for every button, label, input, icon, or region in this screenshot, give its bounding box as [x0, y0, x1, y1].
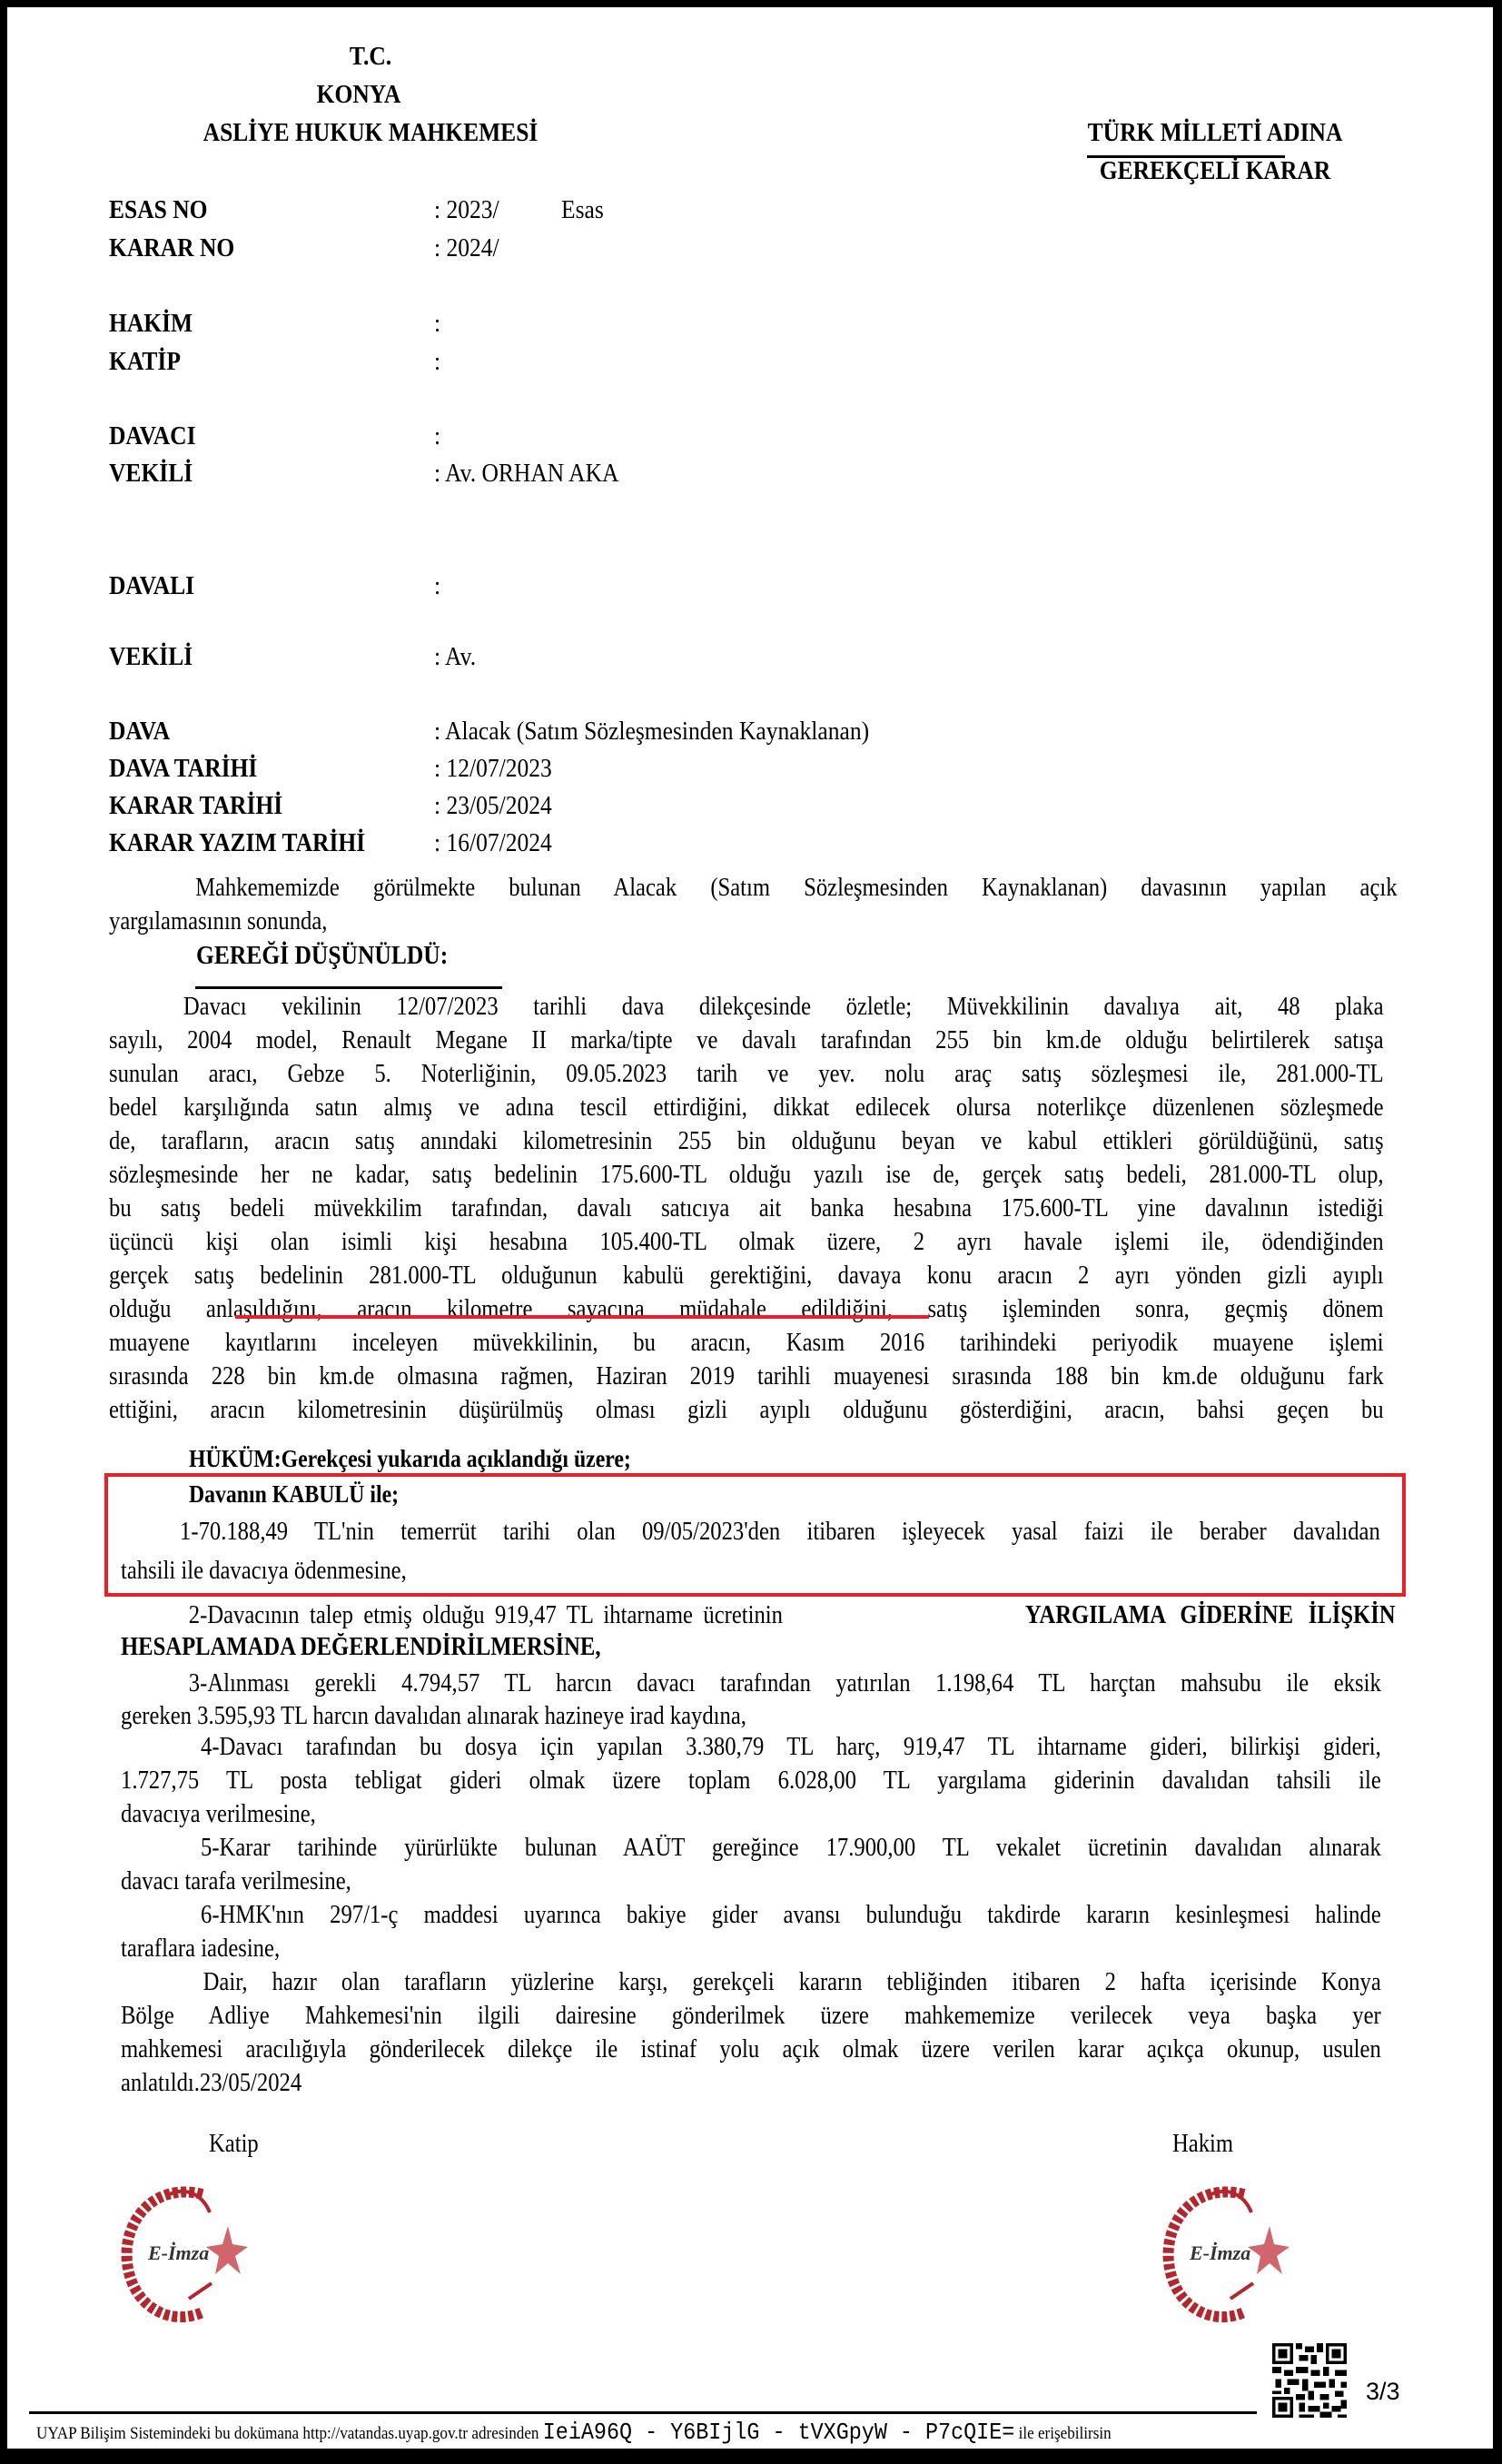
footer-divider [29, 2411, 1257, 2414]
claim-line: bu satış bedeli müvekkilim tarafından, d… [109, 1194, 1384, 1223]
header-court: ASLİYE HUKUK MAHKEMESİ [147, 118, 595, 148]
claim-line: muayene kayıtlarını inceleyen müvekkilin… [109, 1329, 1384, 1358]
header-country: T.C. [291, 42, 450, 72]
label-davaci-vekili: VEKİLİ [109, 459, 193, 489]
closing-date: anlatıldı.23/05/2024 [121, 2069, 301, 2098]
value-karar-no: : 2024/ [434, 233, 499, 263]
label-katip: KATİP [109, 347, 181, 377]
judge-e-signature-seal-icon: E-İmza [1153, 2176, 1290, 2330]
footer-prefix: UYAP Bilişim Sistemindeki bu dokümana ht… [36, 2424, 539, 2443]
label-dava-tarihi: DAVA TARİHİ [109, 754, 257, 784]
highlight-underline [235, 1315, 929, 1319]
verdict-item-5: 5-Karar tarihinde yürürlükte bulunan AAÜ… [121, 1834, 1381, 1863]
esas-suffix: Esas [561, 195, 604, 225]
verdict-item-4-cont: 1.727,75 TL posta tebligat gideri olmak … [121, 1766, 1381, 1796]
value-hakim: : [434, 309, 440, 339]
label-davaci: DAVACI [109, 421, 196, 451]
claim-line: gerçek satış bedelinin 281.000-TL olduğu… [109, 1262, 1384, 1291]
label-davali-vekili: VEKİLİ [109, 642, 193, 672]
verdict-item-2: 2-Davacının talep etmiş olduğu 919,47 TL… [121, 1601, 1396, 1630]
judge-label: Hakim [1172, 2130, 1233, 2159]
claim-line: Davacı vekilinin 12/07/2023 tarihli dava… [109, 993, 1384, 1022]
label-esas-no: ESAS NO [109, 195, 208, 225]
claim-line: sunulan aracı, Gebze 5. Noterliğinin, 09… [109, 1060, 1384, 1089]
decision-type: GEREKÇELİ KARAR [1055, 156, 1375, 186]
value-davali-vekili: : Av. [434, 642, 476, 672]
closing-line: Bölge Adliye Mahkemesi'nin ilgili daires… [121, 2002, 1381, 2031]
label-hakim: HAKİM [109, 309, 193, 339]
verdict-item-6-cont: taraflara iadesine, [121, 1935, 280, 1964]
claim-line: sırasında 228 bin km.de olmasına rağmen,… [109, 1362, 1384, 1391]
footer-suffix: ile erişebilirsin [1019, 2424, 1112, 2443]
label-dava: DAVA [109, 717, 170, 747]
nation-heading: TÜRK MİLLETİ ADINA [1055, 118, 1375, 148]
verdict-item-1-cont: tahsili ile davacıya ödenmesine, [121, 1557, 407, 1586]
gere-heading: GEREĞİ DÜŞÜNÜLDÜ: [196, 941, 448, 971]
clerk-e-signature-seal-icon: E-İmza [112, 2176, 248, 2330]
label-karar-no: KARAR NO [109, 233, 234, 263]
verdict-item-2-text: 2-Davacının talep etmiş olduğu 919,47 TL… [189, 1601, 783, 1630]
svg-text:E-İmza: E-İmza [147, 2241, 209, 2264]
claim-line: ettiğini, aracın kilometresinin düşürülm… [109, 1396, 1384, 1425]
svg-text:E-İmza: E-İmza [1189, 2241, 1250, 2264]
label-davali: DAVALI [109, 571, 194, 601]
verdict-item-4-cont2: davacıya verilmesine, [121, 1800, 316, 1829]
verdict-acceptance: Davanın KABULÜ ile; [189, 1480, 399, 1509]
closing-line: Dair, hazır olan tarafların yüzlerine ka… [121, 1968, 1381, 1997]
value-karar-tarihi: : 23/05/2024 [434, 791, 552, 821]
value-dava-tarihi: : 12/07/2023 [434, 754, 552, 784]
value-esas-no: : 2023/ [434, 195, 499, 225]
claim-line: üçüncü kişi olan isimli kişi hesabına 10… [109, 1228, 1384, 1257]
verdict-item-3: 3-Alınması gerekli 4.794,57 TL harcın da… [121, 1669, 1381, 1698]
intro-line-2: yargılamasının sonunda, [109, 907, 327, 936]
value-davaci-vekili: : Av. ORHAN AKA [434, 459, 618, 489]
verdict-item-2-cont: HESAPLAMADA DEĞERLENDİRİLMERSİNE, [121, 1633, 600, 1662]
verdict-item-3-cont: gereken 3.595,93 TL harcın davalıdan alı… [121, 1702, 746, 1731]
intro-line-1: Mahkememizde görülmekte bulunan Alacak (… [123, 874, 1398, 903]
value-katip: : [434, 347, 440, 377]
verdict-item-5-cont: davacı tarafa verilmesine, [121, 1867, 351, 1896]
verdict-item-6: 6-HMK'nın 297/1-ç maddesi uyarınca bakiy… [121, 1901, 1381, 1930]
header-city: KONYA [259, 80, 459, 110]
qr-code-icon[interactable] [1272, 2343, 1347, 2418]
verdict-item-1: 1-70.188,49 TL'nin temerrüt tarihi olan … [114, 1518, 1380, 1547]
value-dava: : Alacak (Satım Sözleşmesinden Kaynaklan… [434, 717, 869, 747]
verdict-item-2-bold: YARGILAMA GİDERİNE İLİŞKİN [1025, 1601, 1396, 1630]
claim-line: de, tarafların, aracın satış anındaki ki… [109, 1127, 1384, 1156]
court-decision-page: T.C. KONYA ASLİYE HUKUK MAHKEMESİ TÜRK M… [7, 7, 1493, 2449]
closing-line: mahkemesi aracılığıyla gönderilecek dile… [121, 2035, 1381, 2064]
claim-line-highlighted: olduğu anlaşıldığını, aracın kilometre s… [109, 1295, 1384, 1324]
claim-line: sayılı, 2004 model, Renault Megane II ma… [109, 1026, 1384, 1055]
value-karar-yazim-tarihi: : 16/07/2024 [434, 828, 552, 858]
claim-line: sözleşmesinde her ne kadar, satış bedeli… [109, 1161, 1384, 1190]
value-davaci: : [434, 421, 440, 451]
gere-heading-underline [195, 986, 502, 989]
value-davali: : [434, 571, 440, 601]
label-karar-yazim-tarihi: KARAR YAZIM TARİHİ [109, 828, 365, 858]
claim-line: bedel karşılığında satın almış ve adına … [109, 1093, 1384, 1123]
page-number: 3/3 [1366, 2378, 1400, 2406]
verdict-item-4: 4-Davacı tarafından bu dosya için yapıla… [121, 1733, 1381, 1762]
label-karar-tarihi: KARAR TARİHİ [109, 791, 282, 821]
clerk-label: Katip [209, 2130, 259, 2159]
verification-code[interactable]: IeiA96Q - Y6BIjlG - tVXGpyW - P7cQIE= [543, 2419, 1015, 2446]
verdict-heading: HÜKÜM:Gerekçesi yukarıda açıklandığı üze… [189, 1445, 631, 1473]
footer-verification: UYAP Bilişim Sistemindeki bu dokümana ht… [36, 2419, 1112, 2446]
